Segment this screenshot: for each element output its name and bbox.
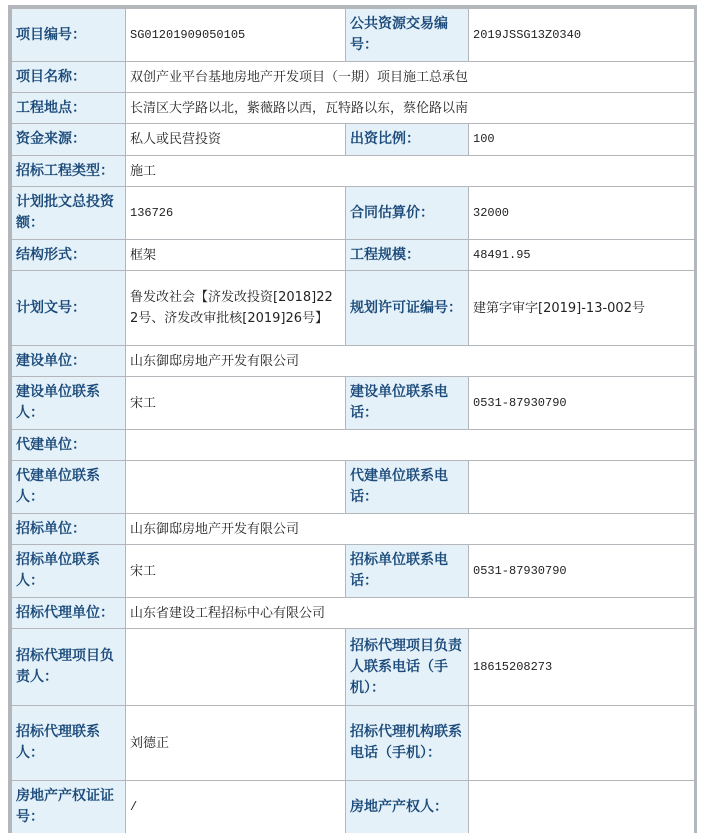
table-row-agent-construction-unit: 代建单位： — [12, 430, 695, 461]
field-label: 建设单位联系电话： — [346, 377, 469, 430]
field-label: 代建单位联系人： — [12, 461, 126, 514]
field-label: 工程规模： — [346, 240, 469, 271]
field-label: 代建单位联系电话： — [346, 461, 469, 514]
field-label: 建设单位联系人： — [12, 377, 126, 430]
field-value: 长清区大学路以北，紫薇路以西，瓦特路以东，蔡伦路以南 — [126, 93, 695, 124]
field-value: 施工 — [126, 156, 695, 187]
field-value: 鲁发改社会【济发改投资[2018]222号、济发改审批核[2019]26号】 — [126, 271, 346, 346]
field-value: 宋工 — [126, 377, 346, 430]
field-value: 山东御邸房地产开发有限公司 — [126, 346, 695, 377]
table-row-construction-unit: 建设单位：山东御邸房地产开发有限公司 — [12, 346, 695, 377]
field-label: 代建单位： — [12, 430, 126, 461]
table-row-fund-source: 资金来源：私人或民营投资出资比例：100 — [12, 124, 695, 156]
field-value: 0531-87930790 — [469, 377, 695, 430]
field-label: 建设单位： — [12, 346, 126, 377]
field-value: 100 — [469, 124, 695, 156]
field-value: SG01201909050105 — [126, 9, 346, 62]
field-value: 136726 — [126, 187, 346, 240]
field-value: 48491.95 — [469, 240, 695, 271]
field-value: 框架 — [126, 240, 346, 271]
table-row-tender-agency-project-leader: 招标代理项目负责人：招标代理项目负责人联系电话（手机）：18615208273 — [12, 629, 695, 706]
field-value: 双创产业平台基地房地产开发项目（一期）项目施工总承包 — [126, 62, 695, 93]
field-label: 招标单位联系人： — [12, 545, 126, 598]
field-label: 项目编号： — [12, 9, 126, 62]
field-label: 计划文号： — [12, 271, 126, 346]
table-row-plan-document-number: 计划文号：鲁发改社会【济发改投资[2018]222号、济发改审批核[2019]2… — [12, 271, 695, 346]
field-value — [469, 781, 695, 833]
field-label: 招标代理项目负责人： — [12, 629, 126, 706]
field-value: 18615208273 — [469, 629, 695, 706]
field-label: 结构形式： — [12, 240, 126, 271]
table-row-tender-agency: 招标代理单位：山东省建设工程招标中心有限公司 — [12, 598, 695, 629]
field-label: 招标代理项目负责人联系电话（手机）： — [346, 629, 469, 706]
field-label: 计划批文总投资额： — [12, 187, 126, 240]
field-label: 规划许可证编号： — [346, 271, 469, 346]
field-label: 出资比例： — [346, 124, 469, 156]
field-value: 山东御邸房地产开发有限公司 — [126, 514, 695, 545]
table-row-property-certificate: 房地产产权证证号：/房地产产权人： — [12, 781, 695, 833]
field-value: 建第字审字[2019]-13-002号 — [469, 271, 695, 346]
table-row-agent-construction-contact: 代建单位联系人：代建单位联系电话： — [12, 461, 695, 514]
field-value: 刘德正 — [126, 706, 346, 781]
table-row-structure-form: 结构形式：框架工程规模：48491.95 — [12, 240, 695, 271]
field-value: 山东省建设工程招标中心有限公司 — [126, 598, 695, 629]
field-label: 招标工程类型： — [12, 156, 126, 187]
field-value — [126, 629, 346, 706]
project-info-table: 项目编号：SG01201909050105公共资源交易编号：2019JSSG13… — [11, 8, 695, 833]
field-value — [126, 430, 695, 461]
field-label: 招标代理机构联系电话（手机）： — [346, 706, 469, 781]
table-row-construction-unit-contact: 建设单位联系人：宋工建设单位联系电话：0531-87930790 — [12, 377, 695, 430]
field-label: 招标代理联系人： — [12, 706, 126, 781]
field-value: / — [126, 781, 346, 833]
field-label: 项目名称： — [12, 62, 126, 93]
field-label: 工程地点： — [12, 93, 126, 124]
table-row-project-name: 项目名称：双创产业平台基地房地产开发项目（一期）项目施工总承包 — [12, 62, 695, 93]
field-value: 2019JSSG13Z0340 — [469, 9, 695, 62]
field-value: 0531-87930790 — [469, 545, 695, 598]
field-label: 招标代理单位： — [12, 598, 126, 629]
field-label: 公共资源交易编号： — [346, 9, 469, 62]
field-value: 私人或民营投资 — [126, 124, 346, 156]
table-row-planned-investment: 计划批文总投资额：136726合同估算价：32000 — [12, 187, 695, 240]
table-row-tendering-unit-contact: 招标单位联系人：宋工招标单位联系电话：0531-87930790 — [12, 545, 695, 598]
field-label: 招标单位： — [12, 514, 126, 545]
field-label: 招标单位联系电话： — [346, 545, 469, 598]
table-row-tendering-unit: 招标单位：山东御邸房地产开发有限公司 — [12, 514, 695, 545]
field-label: 资金来源： — [12, 124, 126, 156]
table-row-project-number: 项目编号：SG01201909050105公共资源交易编号：2019JSSG13… — [12, 9, 695, 62]
field-value — [126, 461, 346, 514]
field-value — [469, 461, 695, 514]
field-value: 宋工 — [126, 545, 346, 598]
project-info-panel: 项目编号：SG01201909050105公共资源交易编号：2019JSSG13… — [8, 5, 697, 833]
field-value — [469, 706, 695, 781]
table-row-tender-type: 招标工程类型：施工 — [12, 156, 695, 187]
field-label: 房地产产权证证号： — [12, 781, 126, 833]
table-row-project-location: 工程地点：长清区大学路以北，紫薇路以西，瓦特路以东，蔡伦路以南 — [12, 93, 695, 124]
field-label: 合同估算价： — [346, 187, 469, 240]
field-label: 房地产产权人： — [346, 781, 469, 833]
table-row-tender-agency-contact: 招标代理联系人：刘德正招标代理机构联系电话（手机）： — [12, 706, 695, 781]
field-value: 32000 — [469, 187, 695, 240]
